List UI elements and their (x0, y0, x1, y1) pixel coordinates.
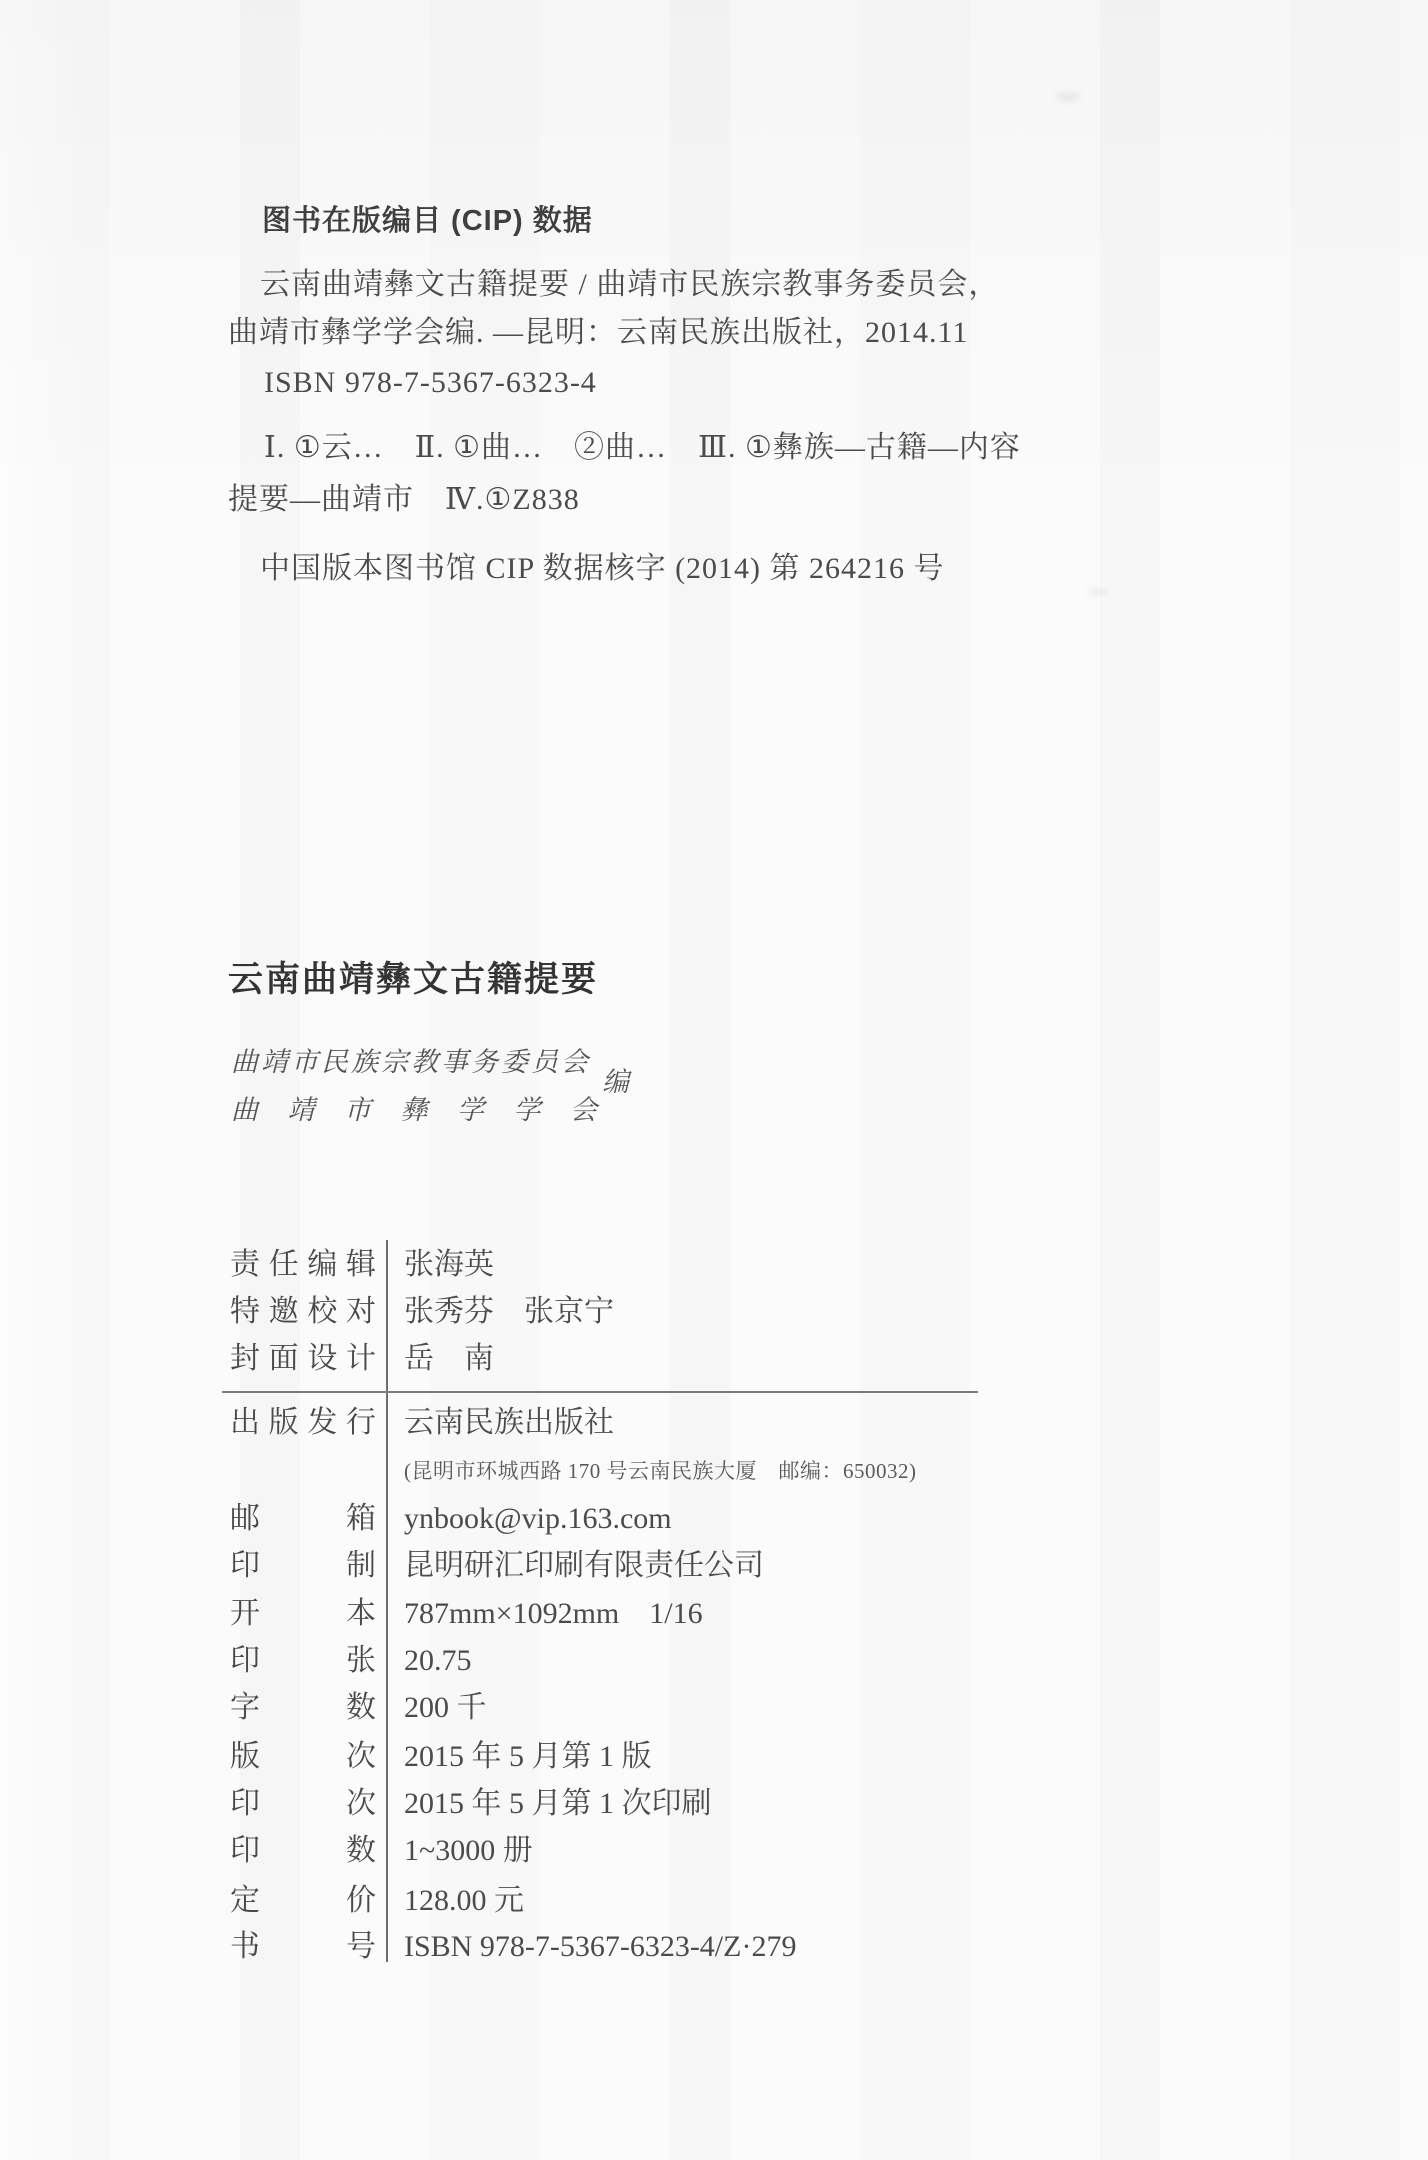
publisher-label: 出版发行 (230, 1402, 376, 1444)
staff-row-label: 封面设计 (230, 1338, 376, 1380)
cip-record-line1: 云南曲靖彝文古籍提要 / 曲靖市民族宗教事务委员会， (260, 264, 999, 306)
cip-record-number: 中国版本图书馆 CIP 数据核字 (2014) 第 264216 号 (260, 548, 945, 590)
publisher-address: (昆明市环城西路 170 号云南民族大厦 邮编：650032) (404, 1456, 917, 1486)
book-title: 云南曲靖彝文古籍提要 (228, 952, 598, 1002)
section-divider-line (222, 1391, 978, 1393)
pub-row-value: 2015 年 5 月第 1 版 (404, 1736, 652, 1778)
staff-row-value: 岳 南 (404, 1338, 494, 1380)
pub-row-label: 书号 (230, 1926, 376, 1968)
editor-suffix: 编 (602, 1060, 629, 1099)
scan-smudge (1088, 588, 1106, 596)
cip-classification-line2: 提要—曲靖市 Ⅳ.①Z838 (228, 479, 580, 521)
staff-row-value: 张海英 (404, 1244, 494, 1286)
pub-row-label: 邮箱 (230, 1498, 376, 1540)
pub-row-value: 128.00 元 (404, 1880, 524, 1922)
cip-classification-line1: Ⅰ. ①云… Ⅱ. ①曲… ②曲… Ⅲ. ①彝族—古籍—内容 (264, 427, 1021, 469)
staff-row-label: 特邀校对 (230, 1291, 376, 1333)
cip-record-line2: 曲靖市彝学学会编. —昆明：云南民族出版社，2014.11 (228, 312, 968, 354)
pub-row-label: 印制 (230, 1545, 376, 1587)
staff-row-label: 责任编辑 (230, 1244, 376, 1286)
scan-smudge (1055, 92, 1081, 102)
pub-row-value: 787mm×1092mm 1/16 (404, 1593, 703, 1635)
cip-isbn-line: ISBN 978-7-5367-6323-4 (264, 362, 597, 404)
pub-row-label: 版次 (230, 1736, 376, 1778)
pub-row-label: 印张 (230, 1640, 376, 1682)
editor-organization-line1: 曲靖市民族宗教事务委员会 (231, 1040, 591, 1079)
pub-row-value: 1~3000 册 (404, 1830, 533, 1872)
column-divider-line (386, 1240, 388, 1962)
pub-row-label: 开本 (230, 1593, 376, 1635)
pub-row-value: ISBN 978-7-5367-6323-4/Z·279 (404, 1926, 796, 1968)
cip-heading: 图书在版编目 (CIP) 数据 (262, 198, 593, 239)
pub-row-label: 印数 (230, 1830, 376, 1872)
pub-row-label: 印次 (230, 1783, 376, 1825)
publisher-value: 云南民族出版社 (404, 1402, 614, 1444)
copyright-page: 图书在版编目 (CIP) 数据 云南曲靖彝文古籍提要 / 曲靖市民族宗教事务委员… (0, 0, 1428, 2160)
pub-row-value: 昆明研汇印刷有限责任公司 (404, 1545, 764, 1587)
pub-row-value: ynbook@vip.163.com (404, 1498, 672, 1540)
pub-row-value: 2015 年 5 月第 1 次印刷 (404, 1783, 712, 1825)
staff-row-value: 张秀芬 张京宁 (404, 1291, 614, 1333)
pub-row-value: 200 千 (404, 1687, 487, 1729)
editor-organization-line2: 曲靖市彝学学会 (231, 1088, 597, 1127)
pub-row-label: 定价 (230, 1880, 376, 1922)
pub-row-label: 字数 (230, 1687, 376, 1729)
pub-row-value: 20.75 (404, 1640, 472, 1682)
